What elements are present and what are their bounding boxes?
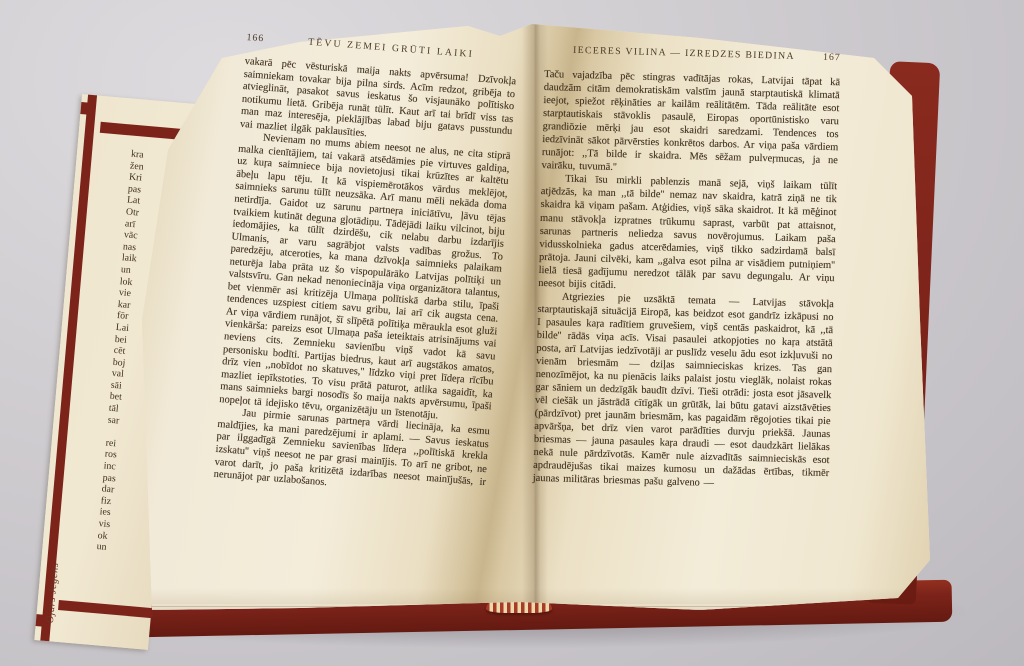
flap-red-stripe-vertical — [40, 95, 97, 642]
right-page: IECERES VILINA — IZREDZES BIEDINA 167 Ta… — [533, 44, 841, 494]
left-page: 166 TĒVU ZEMEI GRŪTI LAIKI vakarā pēc vē… — [213, 32, 518, 502]
right-page-body: Taču vajadzība pēc stingras vadītājas ro… — [533, 68, 841, 494]
flap-red-band-bottom — [58, 600, 154, 618]
right-page-number: 167 — [823, 52, 841, 63]
paragraph: Nevienam no mums abiem neesot ne alus, n… — [219, 131, 511, 427]
paragraph: Tikai īsu mirkli pablenzis manā sejā, vi… — [538, 172, 837, 298]
left-page-number: 166 — [246, 32, 264, 44]
left-page-body: vakarā pēc vēsturiskā maija nakts apvērs… — [213, 56, 516, 502]
paragraph: Taču vajadzība pēc stingras vadītājas ro… — [541, 68, 840, 181]
paragraph: Atgriezies pie uzsāktā temata — Latvijas… — [533, 290, 834, 494]
flap-checker-square-top — [80, 102, 94, 115]
photo-of-open-book: { "book": { "left_page": { "page_number"… — [0, 0, 1024, 666]
